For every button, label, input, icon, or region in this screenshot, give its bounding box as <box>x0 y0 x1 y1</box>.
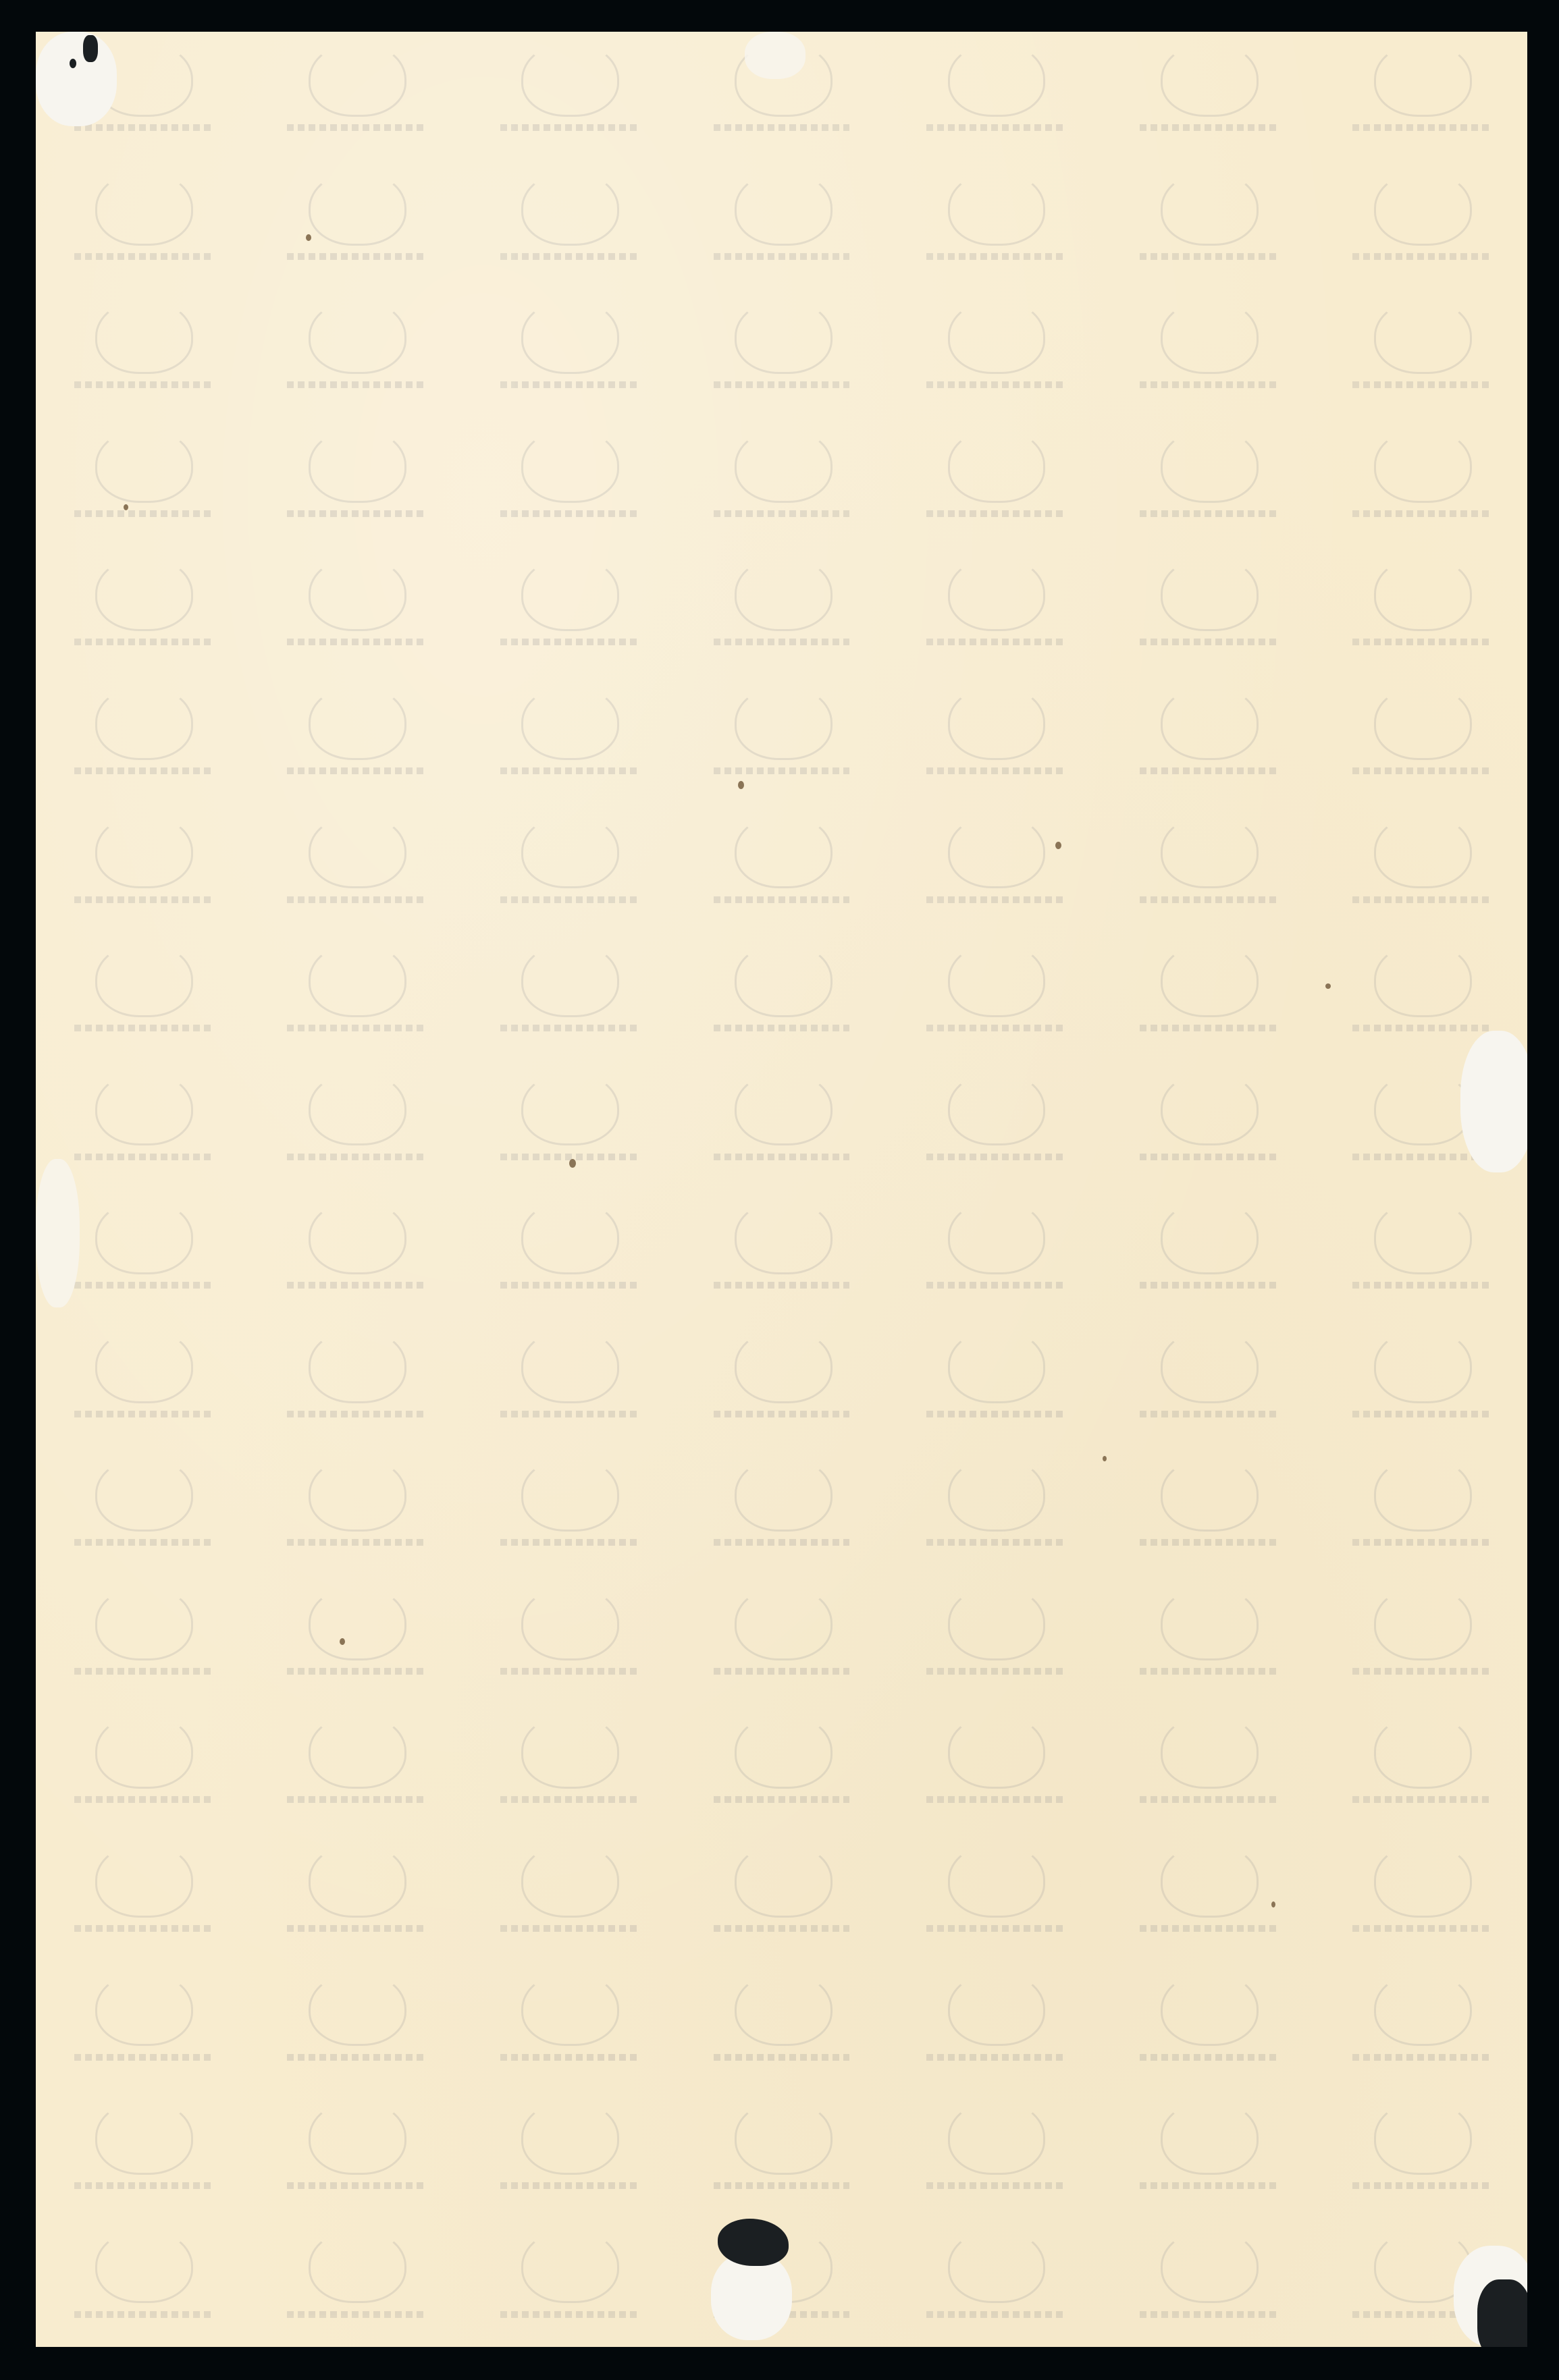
show-through-frame <box>521 42 619 117</box>
show-through-cell <box>1314 161 1527 290</box>
top-left-ink-mark <box>83 35 98 62</box>
show-through-text <box>287 1154 423 1160</box>
show-through-cell <box>675 803 889 932</box>
show-through-frame <box>309 1457 406 1532</box>
show-through-text <box>1140 381 1276 388</box>
show-through-text <box>714 639 850 645</box>
bottom-right-corner-hole <box>1477 2279 1527 2347</box>
show-through-text <box>74 1282 211 1289</box>
show-through-cell <box>36 1704 249 1833</box>
show-through-frame <box>95 1328 193 1403</box>
show-through-frame <box>95 814 193 889</box>
show-through-cell <box>462 675 675 804</box>
show-through-cell <box>249 1575 463 1704</box>
show-through-text <box>1140 1796 1276 1803</box>
show-through-text <box>926 1925 1063 1932</box>
show-through-text <box>1352 1539 1489 1546</box>
show-through-frame <box>735 814 833 889</box>
show-through-frame <box>1374 1714 1472 1789</box>
show-through-frame <box>735 685 833 760</box>
show-through-text <box>287 510 423 517</box>
show-through-cell <box>888 1704 1101 1833</box>
show-through-text <box>926 1025 1063 1031</box>
show-through-text <box>74 1539 211 1546</box>
show-through-text <box>1352 510 1489 517</box>
show-through-frame <box>1161 1843 1259 1918</box>
show-through-text <box>714 1668 850 1675</box>
show-through-frame <box>95 685 193 760</box>
show-through-cell <box>36 289 249 418</box>
show-through-cell <box>462 2090 675 2219</box>
show-through-cell <box>675 2090 889 2219</box>
show-through-text <box>287 2311 423 2318</box>
show-through-text <box>926 253 1063 260</box>
show-through-frame <box>309 685 406 760</box>
show-through-frame <box>1374 1457 1472 1532</box>
show-through-frame <box>521 171 619 246</box>
show-through-frame <box>521 428 619 503</box>
paper-speck <box>738 781 744 789</box>
show-through-frame <box>309 1843 406 1918</box>
paper-sheet <box>36 32 1527 2347</box>
show-through-frame <box>309 1199 406 1274</box>
show-through-frame <box>521 1457 619 1532</box>
show-through-frame <box>521 685 619 760</box>
show-through-cell <box>675 418 889 547</box>
show-through-text <box>714 1539 850 1546</box>
show-through-text <box>1352 1411 1489 1417</box>
show-through-frame <box>309 1972 406 2047</box>
show-through-text <box>714 381 850 388</box>
show-through-text <box>926 639 1063 645</box>
show-through-cell <box>1314 1189 1527 1318</box>
show-through-cell <box>675 161 889 290</box>
show-through-frame <box>1161 2100 1259 2175</box>
show-through-text <box>1352 381 1489 388</box>
paper-speck <box>1271 1901 1275 1908</box>
show-through-frame <box>1161 1586 1259 1660</box>
show-through-cell <box>1101 1575 1315 1704</box>
show-through-frame <box>95 1199 193 1274</box>
show-through-frame <box>1161 2229 1259 2304</box>
show-through-cell <box>675 546 889 675</box>
show-through-cell <box>249 803 463 932</box>
show-through-cell <box>462 1704 675 1833</box>
show-through-text <box>926 1796 1063 1803</box>
show-through-cell <box>675 932 889 1061</box>
show-through-text <box>926 767 1063 774</box>
show-through-cell <box>36 161 249 290</box>
show-through-text <box>287 2182 423 2189</box>
show-through-text <box>1140 639 1276 645</box>
show-through-frame <box>95 1071 193 1146</box>
show-through-frame <box>95 1457 193 1532</box>
show-through-cell <box>1101 2218 1315 2347</box>
show-through-cell <box>1314 803 1527 932</box>
show-through-frame <box>521 1843 619 1918</box>
show-through-cell <box>462 418 675 547</box>
show-through-text <box>287 381 423 388</box>
show-through-frame <box>521 1714 619 1789</box>
show-through-cell <box>36 803 249 932</box>
show-through-frame <box>1161 428 1259 503</box>
show-through-frame <box>309 1714 406 1789</box>
show-through-cell <box>888 32 1101 161</box>
show-through-text <box>1140 1282 1276 1289</box>
show-through-text <box>926 1539 1063 1546</box>
show-through-frame <box>309 1071 406 1146</box>
show-through-text <box>1140 1925 1276 1932</box>
show-through-frame <box>309 814 406 889</box>
show-through-text <box>714 767 850 774</box>
show-through-cell <box>249 289 463 418</box>
show-through-text <box>500 767 637 774</box>
show-through-frame <box>521 1328 619 1403</box>
show-through-cell <box>462 1189 675 1318</box>
show-through-cell <box>888 1446 1101 1575</box>
show-through-cell <box>888 2218 1101 2347</box>
show-through-frame <box>948 1972 1046 2047</box>
show-through-cell <box>888 546 1101 675</box>
show-through-text <box>926 510 1063 517</box>
show-through-frame <box>1374 685 1472 760</box>
show-through-cell <box>249 1704 463 1833</box>
show-through-cell <box>36 932 249 1061</box>
show-through-cell <box>675 1704 889 1833</box>
show-through-cell <box>1101 289 1315 418</box>
show-through-text <box>500 381 637 388</box>
show-through-cell <box>1101 2090 1315 2219</box>
show-through-cell <box>249 2090 463 2219</box>
show-through-text <box>500 1025 637 1031</box>
show-through-cell <box>249 1446 463 1575</box>
show-through-frame <box>1374 42 1472 117</box>
show-through-cell <box>1101 932 1315 1061</box>
show-through-text <box>1352 1282 1489 1289</box>
show-through-cell <box>888 1189 1101 1318</box>
show-through-cell <box>888 1575 1101 1704</box>
show-through-text <box>74 1025 211 1031</box>
show-through-cell <box>1314 1446 1527 1575</box>
show-through-cell <box>1314 418 1527 547</box>
show-through-cell <box>1101 803 1315 932</box>
show-through-text <box>287 1925 423 1932</box>
show-through-frame <box>948 1328 1046 1403</box>
show-through-cell <box>675 289 889 418</box>
top-left-ink-dot <box>70 59 76 68</box>
show-through-text <box>1140 1539 1276 1546</box>
show-through-text <box>1352 1796 1489 1803</box>
show-through-cell <box>36 1446 249 1575</box>
show-through-frame <box>1374 1328 1472 1403</box>
show-through-cell <box>888 1060 1101 1189</box>
show-through-frame <box>1161 814 1259 889</box>
show-through-frame <box>521 814 619 889</box>
show-through-cell <box>249 161 463 290</box>
show-through-cell <box>249 1189 463 1318</box>
show-through-pattern <box>36 32 1527 2347</box>
show-through-frame <box>735 1328 833 1403</box>
show-through-cell <box>675 1961 889 2090</box>
show-through-frame <box>1374 1586 1472 1660</box>
show-through-cell <box>462 2218 675 2347</box>
show-through-cell <box>462 1446 675 1575</box>
show-through-cell <box>888 1961 1101 2090</box>
show-through-cell <box>1314 289 1527 418</box>
show-through-frame <box>735 2100 833 2175</box>
show-through-frame <box>521 556 619 631</box>
show-through-frame <box>1161 685 1259 760</box>
show-through-frame <box>521 1586 619 1660</box>
show-through-frame <box>309 2229 406 2304</box>
show-through-text <box>74 1411 211 1417</box>
show-through-text <box>287 1539 423 1546</box>
show-through-frame <box>95 299 193 374</box>
show-through-frame <box>95 1714 193 1789</box>
show-through-text <box>1140 1668 1276 1675</box>
show-through-frame <box>309 1328 406 1403</box>
show-through-text <box>74 2311 211 2318</box>
show-through-cell <box>1101 675 1315 804</box>
show-through-frame <box>948 42 1046 117</box>
right-edge-thin-spot <box>1460 1031 1527 1172</box>
show-through-cell <box>36 418 249 547</box>
show-through-text <box>1352 2182 1489 2189</box>
show-through-frame <box>1374 1972 1472 2047</box>
show-through-cell <box>1314 546 1527 675</box>
show-through-text <box>714 1796 850 1803</box>
show-through-frame <box>1374 428 1472 503</box>
show-through-text <box>714 2054 850 2061</box>
show-through-cell <box>249 675 463 804</box>
show-through-cell <box>36 1833 249 1962</box>
show-through-frame <box>948 2229 1046 2304</box>
show-through-frame <box>95 556 193 631</box>
show-through-text <box>500 2054 637 2061</box>
show-through-text <box>287 1025 423 1031</box>
show-through-text <box>287 1282 423 1289</box>
paper-speck <box>1325 983 1331 989</box>
show-through-text <box>500 2311 637 2318</box>
show-through-cell <box>36 1575 249 1704</box>
show-through-cell <box>888 418 1101 547</box>
show-through-cell <box>36 1961 249 2090</box>
show-through-frame <box>1374 942 1472 1017</box>
show-through-text <box>926 2182 1063 2189</box>
show-through-cell <box>462 289 675 418</box>
show-through-text <box>500 2182 637 2189</box>
show-through-text <box>74 2182 211 2189</box>
top-edge-thin-spot <box>745 32 805 79</box>
show-through-text <box>500 1411 637 1417</box>
show-through-cell <box>1314 1833 1527 1962</box>
show-through-cell <box>1101 1704 1315 1833</box>
show-through-cell <box>888 161 1101 290</box>
show-through-text <box>1352 767 1489 774</box>
show-through-frame <box>1161 1714 1259 1789</box>
show-through-frame <box>948 942 1046 1017</box>
show-through-text <box>500 1796 637 1803</box>
show-through-cell <box>462 1575 675 1704</box>
show-through-frame <box>948 685 1046 760</box>
show-through-frame <box>735 299 833 374</box>
show-through-text <box>714 1925 850 1932</box>
show-through-cell <box>1314 1318 1527 1447</box>
show-through-text <box>287 1411 423 1417</box>
show-through-text <box>714 1154 850 1160</box>
show-through-cell <box>462 546 675 675</box>
show-through-cell <box>249 2218 463 2347</box>
show-through-text <box>287 896 423 903</box>
show-through-cell <box>675 1189 889 1318</box>
show-through-frame <box>309 171 406 246</box>
show-through-cell <box>462 1833 675 1962</box>
show-through-text <box>1352 896 1489 903</box>
show-through-frame <box>95 171 193 246</box>
show-through-frame <box>309 1586 406 1660</box>
left-edge-thin-spot <box>36 1159 80 1307</box>
show-through-text <box>74 1925 211 1932</box>
show-through-frame <box>1161 1071 1259 1146</box>
show-through-text <box>74 253 211 260</box>
show-through-frame <box>735 1071 833 1146</box>
show-through-frame <box>948 1199 1046 1274</box>
show-through-frame <box>95 1843 193 1918</box>
show-through-text <box>926 2054 1063 2061</box>
paper-speck <box>306 234 311 241</box>
show-through-cell <box>462 803 675 932</box>
show-through-cell <box>1314 1575 1527 1704</box>
show-through-cell <box>36 675 249 804</box>
show-through-frame <box>521 2100 619 2175</box>
show-through-frame <box>948 1071 1046 1146</box>
show-through-text <box>287 1796 423 1803</box>
show-through-text <box>500 124 637 131</box>
show-through-frame <box>309 942 406 1017</box>
paper-speck <box>1055 842 1061 849</box>
show-through-cell <box>888 289 1101 418</box>
show-through-text <box>74 1668 211 1675</box>
show-through-text <box>1140 124 1276 131</box>
show-through-text <box>926 2311 1063 2318</box>
show-through-cell <box>675 1575 889 1704</box>
show-through-text <box>1352 2054 1489 2061</box>
show-through-text <box>500 510 637 517</box>
show-through-text <box>1352 1668 1489 1675</box>
show-through-text <box>714 1025 850 1031</box>
show-through-text <box>1352 639 1489 645</box>
show-through-cell <box>1101 1833 1315 1962</box>
show-through-frame <box>948 299 1046 374</box>
show-through-text <box>74 2054 211 2061</box>
show-through-text <box>926 1668 1063 1675</box>
show-through-frame <box>309 42 406 117</box>
paper-speck <box>569 1159 576 1168</box>
show-through-text <box>500 1668 637 1675</box>
show-through-frame <box>95 428 193 503</box>
show-through-text <box>714 510 850 517</box>
show-through-frame <box>948 814 1046 889</box>
show-through-cell <box>888 1833 1101 1962</box>
show-through-cell <box>249 1961 463 2090</box>
show-through-text <box>926 896 1063 903</box>
show-through-cell <box>1314 2090 1527 2219</box>
show-through-text <box>1352 124 1489 131</box>
show-through-cell <box>888 675 1101 804</box>
paper-speck <box>340 1638 345 1645</box>
show-through-cell <box>249 932 463 1061</box>
show-through-frame <box>1374 2100 1472 2175</box>
show-through-cell <box>36 1318 249 1447</box>
show-through-cell <box>1101 1318 1315 1447</box>
show-through-frame <box>521 2229 619 2304</box>
show-through-text <box>1140 1154 1276 1160</box>
show-through-frame <box>948 428 1046 503</box>
show-through-frame <box>1161 1199 1259 1274</box>
show-through-frame <box>735 1199 833 1274</box>
show-through-frame <box>521 1199 619 1274</box>
show-through-cell <box>1101 546 1315 675</box>
show-through-text <box>926 381 1063 388</box>
show-through-frame <box>95 2100 193 2175</box>
show-through-text <box>287 1668 423 1675</box>
show-through-text <box>926 1411 1063 1417</box>
show-through-cell <box>1314 32 1527 161</box>
show-through-frame <box>1161 171 1259 246</box>
show-through-text <box>1352 1154 1489 1160</box>
show-through-frame <box>95 942 193 1017</box>
show-through-cell <box>1101 161 1315 290</box>
show-through-frame <box>95 1586 193 1660</box>
show-through-frame <box>1374 556 1472 631</box>
show-through-frame <box>735 1457 833 1532</box>
show-through-cell <box>249 1060 463 1189</box>
show-through-cell <box>462 1318 675 1447</box>
show-through-frame <box>309 428 406 503</box>
show-through-frame <box>735 1714 833 1789</box>
show-through-cell <box>462 1060 675 1189</box>
show-through-frame <box>1374 814 1472 889</box>
show-through-text <box>74 639 211 645</box>
paper-speck <box>124 504 128 510</box>
show-through-cell <box>249 418 463 547</box>
show-through-text <box>926 124 1063 131</box>
show-through-frame <box>1161 556 1259 631</box>
show-through-frame <box>521 942 619 1017</box>
show-through-frame <box>948 1586 1046 1660</box>
show-through-cell <box>888 803 1101 932</box>
show-through-text <box>500 1925 637 1932</box>
show-through-text <box>1140 767 1276 774</box>
show-through-text <box>500 1539 637 1546</box>
show-through-text <box>287 639 423 645</box>
show-through-cell <box>675 1060 889 1189</box>
show-through-text <box>714 124 850 131</box>
show-through-text <box>1352 253 1489 260</box>
show-through-cell <box>1314 1704 1527 1833</box>
show-through-cell <box>1101 1961 1315 2090</box>
show-through-text <box>1140 1025 1276 1031</box>
show-through-text <box>1140 253 1276 260</box>
show-through-cell <box>675 1833 889 1962</box>
top-left-corner-thin-spot <box>36 32 117 126</box>
show-through-text <box>500 1282 637 1289</box>
show-through-text <box>1140 510 1276 517</box>
show-through-text <box>500 253 637 260</box>
show-through-frame <box>735 171 833 246</box>
show-through-cell <box>36 2218 249 2347</box>
show-through-cell <box>675 1446 889 1575</box>
